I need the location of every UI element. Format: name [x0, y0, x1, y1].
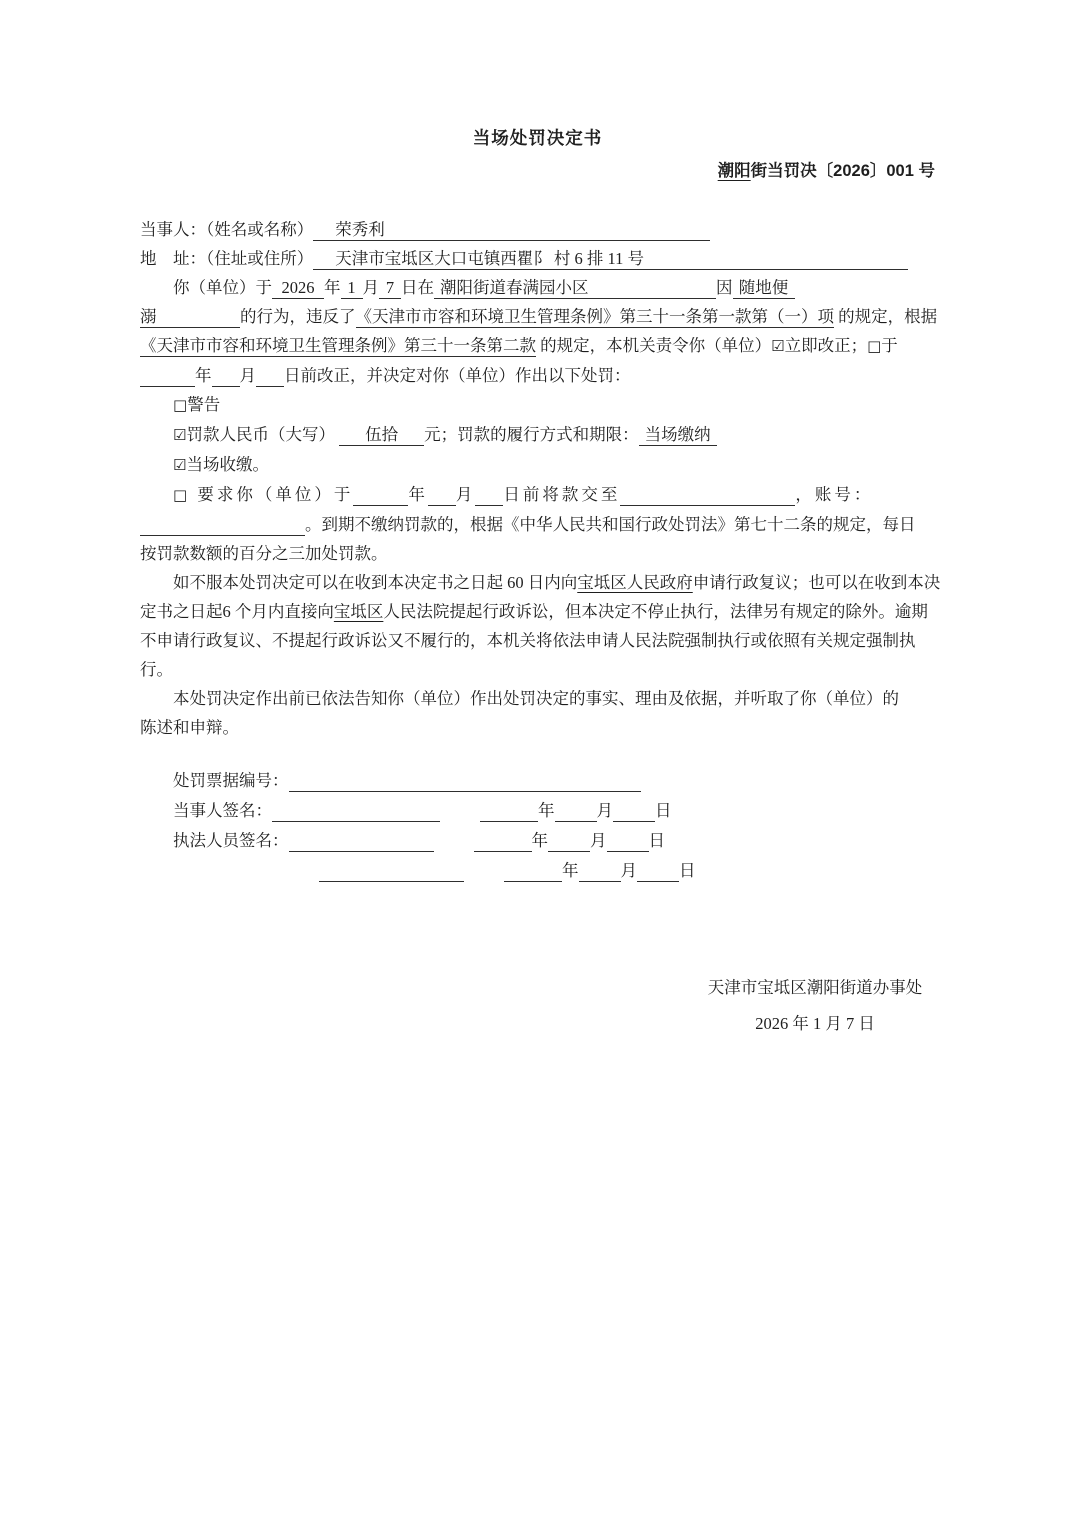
checkbox-fine-checked-icon: ☑ [173, 426, 186, 444]
sign-date-day-blank [607, 831, 649, 852]
sign-date-month-blank [555, 801, 597, 822]
penalty-warning-line: □警告 [140, 390, 935, 420]
document-number-rest: 街当罚决〔2026〕001 号 [751, 162, 935, 180]
transfer-year-unit: 年 [408, 485, 428, 504]
address-value: 天津市宝坻区大口屯镇西瞿阝 村 6 排 11 号 [313, 249, 908, 270]
appeal-text-2: 申请行政复议；也可以在收到本决 [693, 573, 941, 592]
party-signature-label: 当事人签名： [173, 801, 272, 820]
notice-text-1: 本处罚决定作出前已依法告知你（单位）作出处罚决定的事实、理由及依据，并听取了你（… [173, 689, 899, 708]
document-number-issuer: 潮阳 [718, 162, 751, 180]
incident-location-value: 潮阳街道春满园小区 [434, 278, 716, 299]
transfer-payee-blank [620, 485, 795, 506]
because-label: 因 [716, 278, 733, 297]
cause-value-part1: 随地便 [733, 278, 795, 299]
appeal-line-2: 定书之日起6 个月内直接向宝坻区人民法院提起行政诉讼，但本决定不停止执行，法律另… [140, 597, 935, 626]
day-unit: 日在 [401, 278, 434, 297]
transfer-day-blank [475, 485, 503, 506]
checkbox-collect-checked-icon: ☑ [173, 456, 186, 474]
incident-month-value: 1 [341, 278, 363, 299]
appeal-government-value: 宝坻区人民政府 [577, 573, 693, 592]
fine-amount-value: 伍拾 [339, 425, 424, 446]
deadline-year-blank [140, 366, 195, 387]
appeal-text-3: 定书之日起6 个月内直接向 [140, 602, 334, 621]
sign-date-day-blank [637, 861, 679, 882]
document-footer: 天津市宝坻区潮阳街道办事处 2026 年 1 月 7 日 [695, 970, 935, 1042]
ticket-number-line: 处罚票据编号： [140, 766, 935, 796]
sign-date-year-unit: 年 [532, 831, 549, 850]
sign-date-day-unit: 日 [655, 801, 672, 820]
appeal-line-1: 如不服本处罚决定可以在收到本决定书之日起 60 日内向宝坻区人民政府申请行政复议… [140, 568, 935, 597]
transfer-account-label: ，账号： [795, 485, 873, 504]
penalty-collect-line: ☑当场收缴。 [140, 450, 935, 480]
party-signature-blank [272, 801, 440, 822]
fine-label: 罚款人民币（大写） [186, 425, 335, 444]
transfer-month-blank [428, 485, 456, 506]
cause-value-part2: 溺 [140, 307, 240, 328]
appeal-line-3: 不申请行政复议、不提起行政诉讼又不履行的，本机关将依法申请人民法院强制执行或依照… [140, 626, 935, 655]
intro-line-4: 年 月 日前改正，并决定对你（单位）作出以下处罚： [140, 361, 935, 390]
ticket-number-blank [289, 771, 641, 792]
checkbox-correct-now-checked-icon: ☑ [771, 337, 784, 355]
officer-signature-blank [289, 831, 434, 852]
collect-label: 当场收缴。 [186, 455, 269, 474]
checkbox-warning-unchecked-icon: □ [173, 396, 187, 414]
appeal-text-6: 行。 [140, 660, 173, 679]
transfer-day-suffix: 日前将款交至 [503, 485, 620, 504]
overdue-text-1: 。到期不缴纳罚款的，根据《中华人民共和国行政处罚法》第七十二条的规定，每日 [305, 515, 916, 534]
overdue-text-2: 按罚款数额的百分之三加处罚款。 [140, 544, 388, 563]
sign-date-year-blank [504, 861, 562, 882]
officer-signature-line-2: 年 月 日 [140, 856, 935, 886]
sign-date-day-unit: 日 [679, 861, 696, 880]
deadline-suffix: 日前改正，并决定对你（单位）作出以下处罚： [284, 366, 631, 385]
basis-suffix: 的规定，本机关责令你（单位） [540, 336, 771, 355]
fine-unit: 元；罚款的履行方式和期限： [424, 425, 639, 444]
warning-label: 警告 [187, 395, 220, 414]
fine-method-value: 当场缴纳 [639, 425, 717, 446]
behavior-text: 的行为，违反了 [240, 307, 356, 326]
appeal-text-1: 如不服本处罚决定可以在收到本决定书之日起 60 日内向 [173, 573, 577, 592]
document-body: 当事人：（姓名或名称）荣秀利 地 址：（住址或住所）天津市宝坻区大口屯镇西瞿阝 … [140, 215, 935, 742]
document-number: 潮阳街当罚决〔2026〕001 号 [140, 158, 935, 184]
appeal-text-4: 人民法院提起行政诉讼，但本决定不停止执行，法律另有规定的除外。逾期 [383, 602, 928, 621]
checkbox-transfer-unchecked-icon: □ [173, 486, 190, 504]
deadline-day-blank [256, 366, 284, 387]
violated-suffix: 的规定，根据 [838, 307, 937, 326]
officer-signature-label: 执法人员签名： [173, 831, 289, 850]
appeal-line-4: 行。 [140, 655, 935, 684]
notice-line-2: 陈述和申辩。 [140, 713, 935, 742]
penalty-fine-line: ☑罚款人民币（大写） 伍拾元；罚款的履行方式和期限：当场缴纳 [140, 420, 935, 450]
violated-law-value: 《天津市市容和环境卫生管理条例》第三十一条第一款第（一）项 [356, 307, 835, 328]
issuing-authority: 天津市宝坻区潮阳街道办事处 [695, 970, 935, 1006]
transfer-month-unit: 月 [456, 485, 476, 504]
sign-date-month-unit: 月 [590, 831, 607, 850]
transfer-pre: 要求你（单位）于 [197, 485, 353, 504]
year-unit: 年 [324, 278, 341, 297]
checkbox-correct-by-unchecked-icon: □ [867, 337, 881, 355]
intro-line-1: 你（单位）于2026年1月7日在潮阳街道春满园小区因随地便 [140, 273, 935, 302]
sign-date-month-unit: 月 [597, 801, 614, 820]
appeal-text-5: 不申请行政复议、不提起行政诉讼又不履行的，本机关将依法申请人民法院强制执行或依照… [140, 631, 916, 650]
document-title: 当场处罚决定书 [140, 125, 935, 151]
issue-date: 2026 年 1 月 7 日 [695, 1006, 935, 1042]
notice-text-2: 陈述和申辩。 [140, 718, 239, 737]
ticket-number-label: 处罚票据编号： [173, 771, 289, 790]
document-content: 当场处罚决定书 潮阳街当罚决〔2026〕001 号 当事人：（姓名或名称）荣秀利… [0, 0, 1074, 886]
sign-date-month-blank [579, 861, 621, 882]
notice-line-1: 本处罚决定作出前已依法告知你（单位）作出处罚决定的事实、理由及依据，并听取了你（… [140, 684, 935, 713]
penalty-overdue-line-2: 按罚款数额的百分之三加处罚款。 [140, 539, 935, 568]
sign-date-month-blank [548, 831, 590, 852]
party-line: 当事人：（姓名或名称）荣秀利 [140, 215, 935, 244]
deadline-month-unit: 月 [240, 366, 257, 385]
signature-block: 处罚票据编号： 当事人签名： 年 月 日 执法人员签名： 年 月 日 年 月 日 [140, 766, 935, 886]
party-name-value: 荣秀利 [313, 220, 710, 241]
transfer-year-blank [353, 485, 408, 506]
account-number-blank [140, 515, 305, 536]
sign-date-year-unit: 年 [562, 861, 579, 880]
address-label: 地 址：（住址或住所） [140, 249, 313, 268]
officer-signature-blank-2 [319, 861, 464, 882]
address-line: 地 址：（住址或住所）天津市宝坻区大口屯镇西瞿阝 村 6 排 11 号 [140, 244, 935, 273]
month-unit: 月 [363, 278, 380, 297]
intro-line-3: 《天津市市容和环境卫生管理条例》第三十一条第二款 的规定，本机关责令你（单位）☑… [140, 331, 935, 361]
appeal-court-value: 宝坻区 [334, 602, 384, 621]
basis-law-value: 《天津市市容和环境卫生管理条例》第三十一条第二款 [140, 336, 536, 357]
correct-later-pre: 于 [881, 336, 898, 355]
incident-year-value: 2026 [272, 278, 324, 299]
sign-date-year-blank [474, 831, 532, 852]
sign-date-year-unit: 年 [538, 801, 555, 820]
sign-date-day-unit: 日 [649, 831, 666, 850]
intro-pre: 你（单位）于 [173, 278, 272, 297]
penalty-transfer-line: □ 要求你（单位）于 年 月 日前将款交至 ，账号： [140, 480, 935, 510]
intro-line-2: 溺的行为，违反了《天津市市容和环境卫生管理条例》第三十一条第一款第（一）项 的规… [140, 302, 935, 331]
correct-now-label: 立即改正； [785, 336, 868, 355]
officer-signature-line: 执法人员签名： 年 月 日 [140, 826, 935, 856]
penalty-overdue-line-1: 。到期不缴纳罚款的，根据《中华人民共和国行政处罚法》第七十二条的规定，每日 [140, 510, 935, 539]
sign-date-year-blank [480, 801, 538, 822]
document-page: 当场处罚决定书 潮阳街当罚决〔2026〕001 号 当事人：（姓名或名称）荣秀利… [0, 0, 1074, 1520]
party-signature-line: 当事人签名： 年 月 日 [140, 796, 935, 826]
deadline-year-unit: 年 [195, 366, 212, 385]
incident-day-value: 7 [379, 278, 401, 299]
deadline-month-blank [212, 366, 240, 387]
sign-date-month-unit: 月 [621, 861, 638, 880]
party-label: 当事人：（姓名或名称） [140, 220, 313, 239]
sign-date-day-blank [613, 801, 655, 822]
